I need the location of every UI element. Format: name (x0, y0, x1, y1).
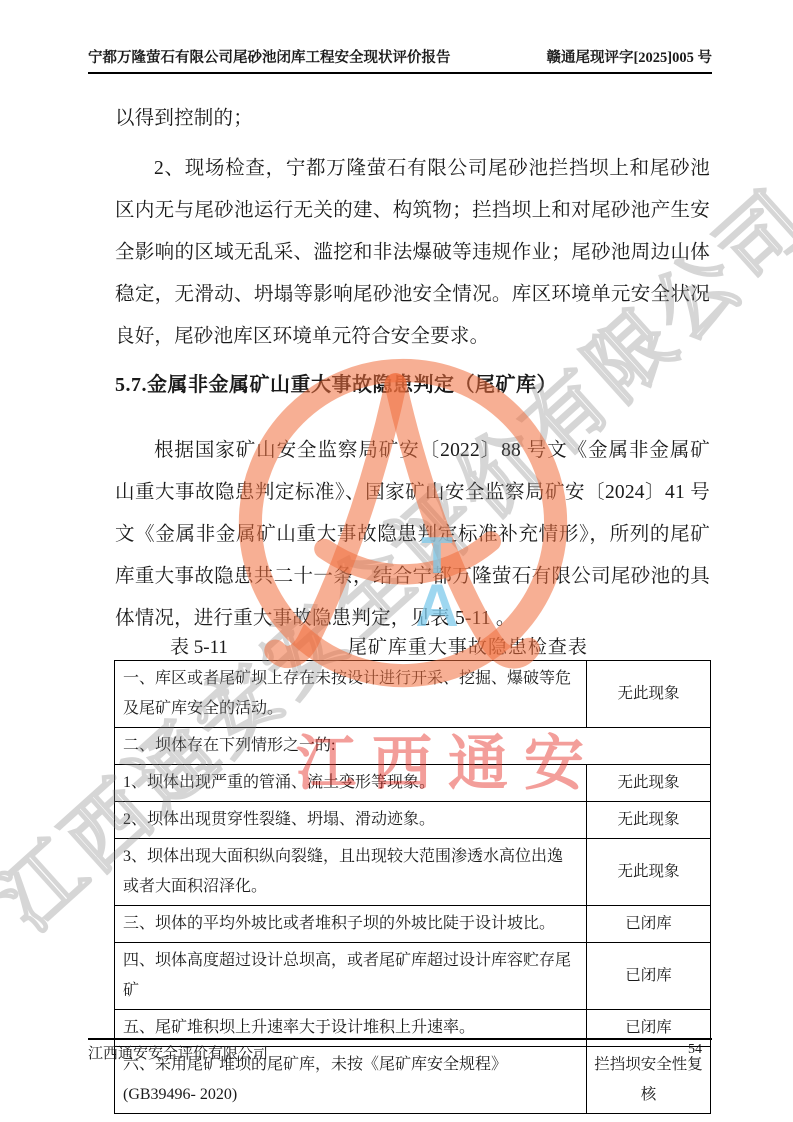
hazard-status-cell: 无此现象 (587, 661, 711, 728)
footer-company: 江西通安安全评价有限公司 (88, 1042, 268, 1063)
hazard-item-cell: 二、坝体存在下列情形之一的: (115, 728, 711, 765)
hazard-item-cell: 2、坝体出现贯穿性裂缝、坍塌、滑动迹象。 (115, 802, 587, 839)
table-row: 2、坝体出现贯穿性裂缝、坍塌、滑动迹象。无此现象 (115, 802, 711, 839)
table-row: 3、坝体出现大面积纵向裂缝，且出现较大范围渗透水高位出逸或者大面积沼泽化。无此现… (115, 839, 711, 906)
hazard-status-cell: 无此现象 (587, 802, 711, 839)
table-caption: 表 5-11 尾矿库重大事故隐患检查表 (115, 632, 710, 659)
table-row: 三、坝体的平均外坡比或者堆积子坝的外坡比陡于设计坡比。已闭库 (115, 906, 711, 943)
header-doc-number: 赣通尾现评字[2025]005 号 (546, 46, 712, 67)
paragraph-carryover: 以得到控制的； (115, 98, 710, 140)
table-row: 四、坝体高度超过设计总坝高，或者尾矿库超过设计库容贮存尾矿已闭库 (115, 943, 711, 1010)
hazard-item-cell: 四、坝体高度超过设计总坝高，或者尾矿库超过设计库容贮存尾矿 (115, 943, 587, 1010)
page-footer: 江西通安安全评价有限公司 54 (88, 1038, 712, 1063)
hazard-item-cell: 三、坝体的平均外坡比或者堆积子坝的外坡比陡于设计坡比。 (115, 906, 587, 943)
hazard-status-cell: 已闭库 (587, 906, 711, 943)
hazard-item-cell: 1、坝体出现严重的管涌、流土变形等现象。 (115, 765, 587, 802)
table-caption-label: 表 5-11 (170, 632, 228, 659)
hazard-status-cell: 已闭库 (587, 943, 711, 1010)
document-page: 宁都万隆萤石有限公司尾砂池闭库工程安全现状评价报告 赣通尾现评字[2025]00… (0, 0, 793, 1122)
table-row: 一、库区或者尾矿坝上存在未按设计进行开采、挖掘、爆破等危及尾矿库安全的活动。无此… (115, 661, 711, 728)
hazard-item-cell: 3、坝体出现大面积纵向裂缝，且出现较大范围渗透水高位出逸或者大面积沼泽化。 (115, 839, 587, 906)
hazard-status-cell: 无此现象 (587, 765, 711, 802)
section-heading: 5.7.金属非金属矿山重大事故隐患判定（尾矿库） (115, 368, 710, 397)
paragraph-basis: 根据国家矿山安全监察局矿安〔2022〕88 号文《金属非金属矿山重大事故隐患判定… (115, 430, 710, 640)
footer-page-number: 54 (688, 1042, 702, 1063)
hazard-item-cell: 一、库区或者尾矿坝上存在未按设计进行开采、挖掘、爆破等危及尾矿库安全的活动。 (115, 661, 587, 728)
page-header: 宁都万隆萤石有限公司尾砂池闭库工程安全现状评价报告 赣通尾现评字[2025]00… (88, 46, 712, 74)
hazard-status-cell: 无此现象 (587, 839, 711, 906)
table-row: 1、坝体出现严重的管涌、流土变形等现象。无此现象 (115, 765, 711, 802)
paragraph-site-check: 2、现场检查，宁都万隆萤石有限公司尾砂池拦挡坝上和尾砂池区内无与尾砂池运行无关的… (115, 148, 710, 358)
header-report-title: 宁都万隆萤石有限公司尾砂池闭库工程安全现状评价报告 (88, 46, 451, 67)
table-caption-title: 尾矿库重大事故隐患检查表 (348, 632, 588, 659)
table-row: 二、坝体存在下列情形之一的: (115, 728, 711, 765)
